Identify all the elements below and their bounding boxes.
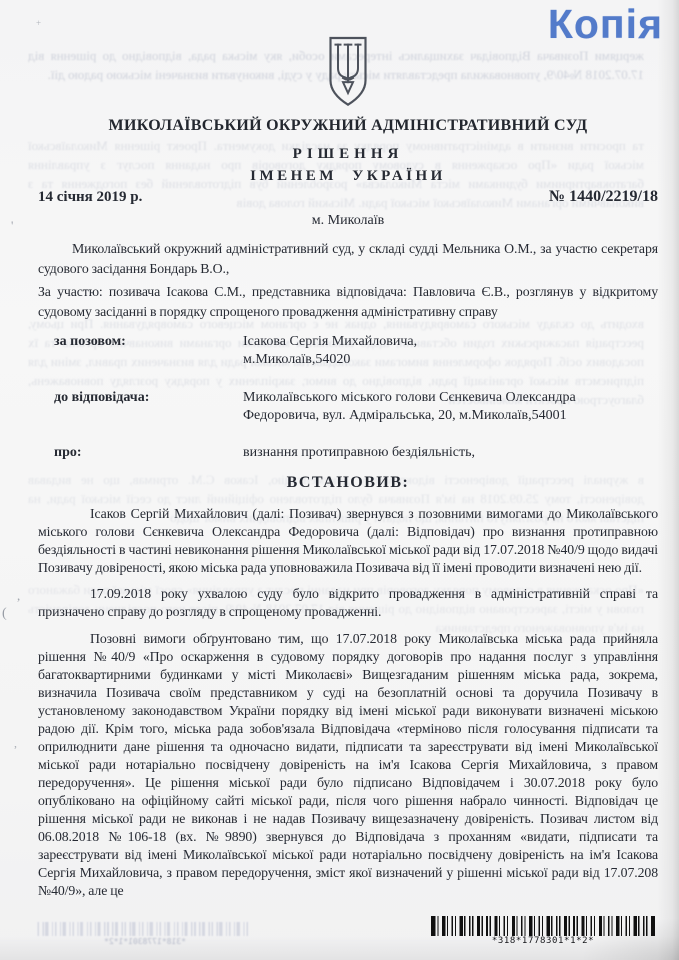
party-value-line: м.Миколаїв,54020 — [243, 351, 658, 369]
party-value: Миколаївського міського голови Сєнкевича… — [243, 389, 658, 424]
barcode-label: *318*1778301*1*2* — [431, 936, 655, 946]
party-value-line: Федоровича, вул. Адміральська, 20, м.Мик… — [243, 407, 658, 425]
established-heading: ВСТАНОВИВ: — [38, 474, 658, 492]
body-paragraph-claim-grounds: Позовні вимоги обґрунтовано тим, що 17.0… — [38, 630, 658, 900]
margin-mark: + — [36, 18, 41, 28]
decision-date: 14 січня 2019 р. — [38, 189, 142, 206]
margin-mark: , — [14, 736, 17, 751]
party-label: за позовом: — [38, 333, 243, 351]
barcode-bars — [431, 916, 655, 936]
party-row-claimant: за позовом: Ісакова Сергія Михайловича, … — [38, 333, 658, 368]
intro-paragraph-participants: За участю: позивача Ісакова С.М., предст… — [38, 282, 658, 322]
party-label: про: — [38, 444, 243, 462]
copy-stamp: Копія — [548, 1, 663, 48]
party-row-defendant: до відповідача: Миколаївського міського … — [38, 389, 658, 424]
scanned-court-decision-page: жерцями Позивача Відповідач захищались і… — [0, 0, 679, 960]
document-content: МИКОЛАЇВСЬКИЙ ОКРУЖНИЙ АДМІНІСТРАТИВНИЙ … — [0, 34, 679, 900]
party-value-line: визнання протиправною бездіяльність, — [243, 444, 658, 462]
body-paragraph-claims: Ісаков Сергій Михайлович (далі: Позивач)… — [38, 505, 658, 577]
body-paragraph-proceedings-opened: 17.09.2018 року ухвалою суду було відкри… — [38, 585, 658, 621]
party-value: визнання протиправною бездіяльність, — [243, 444, 658, 462]
margin-mark: ( — [2, 606, 7, 622]
case-number: № 1440/2219/18 — [549, 188, 658, 206]
bleed-through-barcode-label: *318*1778301*1*2* — [70, 937, 220, 946]
party-label: до відповідача: — [38, 389, 243, 407]
party-value: Ісакова Сергія Михайловича, м.Миколаїв,5… — [243, 333, 658, 368]
party-value-line: Миколаївського міського голови Сєнкевича… — [243, 389, 658, 407]
court-name: МИКОЛАЇВСЬКИЙ ОКРУЖНИЙ АДМІНІСТРАТИВНИЙ … — [38, 117, 658, 135]
party-value-line: Ісакова Сергія Михайловича, — [243, 333, 658, 351]
margin-mark: , — [17, 588, 20, 604]
ukraine-trident-emblem-icon — [323, 34, 373, 112]
city-name: м. Миколаїв — [38, 213, 658, 229]
intro-paragraph-court-composition: Миколаївський окружний адміністративний … — [38, 239, 658, 279]
document-type-title: РІШЕННЯ — [38, 146, 658, 163]
party-row-subject: про: визнання протиправною бездіяльність… — [38, 444, 658, 462]
in-the-name-of-ukraine-title: ІМЕНЕМ УКРАЇНИ — [38, 168, 658, 185]
margin-mark: ' — [11, 218, 13, 234]
registration-barcode: *318*1778301*1*2* — [431, 916, 655, 946]
bleed-through-barcode — [36, 922, 248, 936]
date-and-number-row: 14 січня 2019 р. № 1440/2219/18 — [38, 188, 658, 206]
